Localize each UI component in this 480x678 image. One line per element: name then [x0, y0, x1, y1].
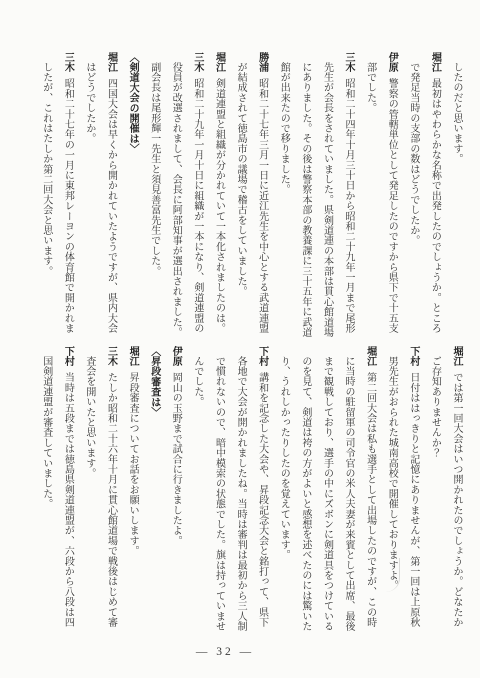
speaker-name: 伊原 — [170, 346, 181, 366]
speech-text: 最初はやわらかな名称で出発したのでしょうか。ところで発足当時の支部の数はどうでし… — [408, 62, 441, 333]
speaker-name: 堀江 — [213, 52, 224, 72]
speaker-name: 堀江 — [429, 52, 440, 72]
speech-text: 昭和二十七年の一月に東邦レーヨンの体育館で開かれましたが、これはたしか第二回大会… — [41, 62, 74, 333]
dialogue-paragraph: 伊原警察の管轄単位として発足したのですから県下で十五支部でした。 — [359, 52, 402, 339]
speaker-name: 三木 — [343, 52, 354, 72]
dialogue-paragraph: 伊原岡山の玉野まで試合に行きましたよ。 — [165, 346, 187, 633]
section-heading: 〈剣道大会の開催は〉 — [122, 52, 144, 339]
speaker-name: 堀江 — [106, 52, 117, 72]
speaker-name: 三木 — [106, 346, 117, 366]
speaker-name: 三木 — [62, 52, 73, 72]
section-heading: 〈昇段審査は〉 — [143, 346, 165, 633]
dialogue-paragraph: 下村当時は五段までは徳島県剣道連盟が、六段から八段は四国剣道連盟が審査していまし… — [35, 346, 78, 633]
speech-text: したのだと思います。 — [451, 62, 462, 164]
speech-text: 四国大会は早くから開かれていたようですが、県内大会はどうでしたか。 — [84, 62, 117, 333]
dialogue-paragraph: 三木昭和二十九年一月十日に組織が一本になり、剣道連盟の役員が改選されまして、会長… — [143, 52, 208, 339]
dialogue-paragraph: 堀江昇段審査についてお話をお願いします。 — [122, 346, 144, 633]
speaker-name: 伊原 — [386, 52, 397, 72]
speech-text: 昭和二十四年十月三十日から昭和二十九年一月まで尾形先生が会長をされていました。県… — [278, 62, 354, 337]
speaker-name: 三木 — [192, 52, 203, 72]
dialogue-paragraph: 勝浦昭和二十七年三月一日に近江先生を中心とする武道連盟が結成されて徳島市の議場で… — [229, 52, 272, 339]
dialogue-paragraph: 下村講和を記念した大会や、昇段記念大会と銘打って、県下各地で大会が開かれましたね… — [186, 346, 272, 633]
speaker-name: 下村 — [62, 346, 73, 366]
speech-text: 昭和二十九年一月十日に組織が一本になり、剣道連盟の役員が改選されまして、会長に阿… — [149, 62, 203, 337]
speech-text: たしか昭和二十六年十月に貫心館道場で戦後はじめて審査会を開いたと思います。 — [84, 356, 117, 627]
dialogue-paragraph: 堀江剣道連盟と組織が分かれていて一本化されましたのは。 — [208, 52, 230, 339]
text-band-upper: したのだと思います。堀江最初はやわらかな名称で出発したのでしょうか。ところで発足… — [35, 52, 467, 339]
carried-over-line: したのだと思います。 — [445, 52, 467, 339]
heading-text: 〈剣道大会の開催は〉 — [127, 52, 138, 154]
speaker-name: 勝浦 — [257, 52, 268, 72]
speech-text: 剣道連盟と組織が分かれていて一本化されましたのは。 — [213, 78, 224, 333]
dialogue-paragraph: 下村日付ははっきりと記憶にありませんが、第一回は上原秋男先生がおられた城南高校で… — [381, 346, 424, 633]
dialogue-paragraph: 三木たしか昭和二十六年十月に貫心館道場で戦後はじめて審査会を開いたと思います。 — [78, 346, 121, 633]
speech-text: では第一回大会はいつ開かれたのでしょうか。どなたかご存知ありませんか？ — [429, 356, 462, 627]
dialogue-paragraph: 堀江四国大会は早くから開かれていたようですが、県内大会はどうでしたか。 — [78, 52, 121, 339]
dialogue-paragraph: 堀江最初はやわらかな名称で出発したのでしょうか。ところで発足当時の支部の数はどう… — [402, 52, 445, 339]
book-page: したのだと思います。堀江最初はやわらかな名称で出発したのでしょうか。ところで発足… — [0, 0, 480, 678]
speaker-name: 堀江 — [451, 346, 462, 366]
speaker-name: 堀江 — [365, 346, 376, 366]
dialogue-paragraph: 堀江では第一回大会はいつ開かれたのでしょうか。どなたかご存知ありませんか？ — [424, 346, 467, 633]
speech-text: 昭和二十七年三月一日に近江先生を中心とする武道連盟が結成されて徳島市の議場で稽古… — [235, 62, 268, 333]
speech-text: 当時は五段までは徳島県剣道連盟が、六段から八段は四国剣道連盟が審査していました。 — [41, 356, 74, 627]
speech-text: 日付ははっきりと記憶にありませんが、第一回は上原秋男先生がおられた城南高校で開催… — [386, 356, 419, 627]
speech-text: 講和を記念した大会や、昇段記念大会と銘打って、県下各地で大会が開かれましたね。当… — [192, 356, 268, 631]
speaker-name: 下村 — [257, 346, 268, 366]
speech-text: 第二回大会は私も選手として出場したのですが、この時に当時の駐留軍の司令官の米人夫… — [278, 356, 375, 631]
text-band-lower: 堀江では第一回大会はいつ開かれたのでしょうか。どなたかご存知ありませんか？下村日… — [35, 346, 467, 633]
speech-text: 警察の管轄単位として発足したのですから県下で十五支部でした。 — [365, 62, 398, 333]
dialogue-paragraph: 三木昭和二十四年十月三十日から昭和二十九年一月まで尾形先生が会長をされていました… — [273, 52, 359, 339]
speaker-name: 下村 — [408, 346, 419, 366]
speech-text: 岡山の玉野まで試合に行きましたよ。 — [170, 372, 181, 545]
page-number: — 32 — — [0, 646, 480, 658]
dialogue-paragraph: 三木昭和二十七年の一月に東邦レーヨンの体育館で開かれましたが、これはたしか第二回… — [35, 52, 78, 339]
dialogue-paragraph: 堀江第二回大会は私も選手として出場したのですが、この時に当時の駐留軍の司令官の米… — [273, 346, 381, 633]
speech-text: 昇段審査についてお話をお願いします。 — [127, 372, 138, 556]
heading-text: 〈昇段審査は〉 — [149, 346, 160, 417]
speaker-name: 堀江 — [127, 346, 138, 366]
